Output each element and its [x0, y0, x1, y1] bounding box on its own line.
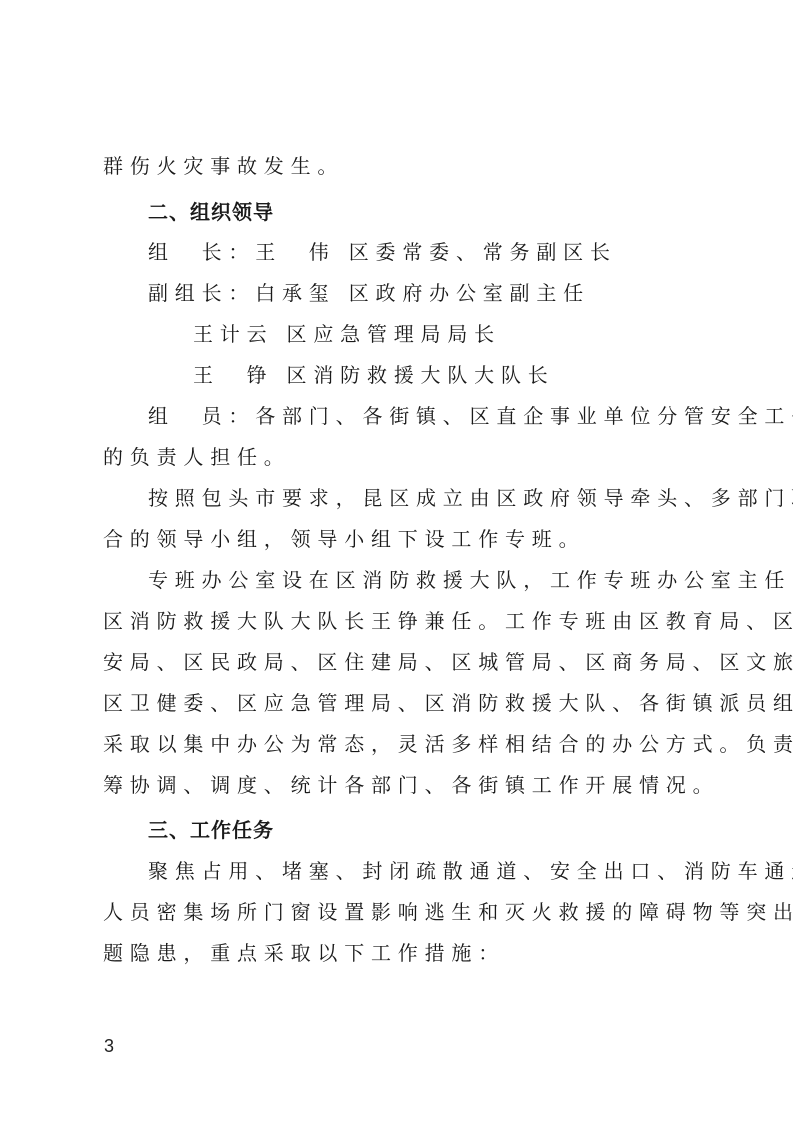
paragraph-line: 安局、区民政局、区住建局、区城管局、区商务局、区文旅局、: [103, 650, 793, 674]
section-heading-organization: 二、组织领导: [148, 200, 274, 224]
page-number: 3: [104, 1036, 114, 1057]
deputy-leader-line: 王计云 区应急管理局局长: [193, 322, 501, 346]
paragraph-line: 按照包头市要求，昆区成立由区政府领导牵头、多部门联: [148, 486, 793, 510]
deputy-leader-line: 王 铮 区消防救援大队大队长: [193, 363, 555, 387]
paragraph-line: 的负责人担任。: [103, 445, 291, 469]
paragraph-line: 采取以集中办公为常态，灵活多样相结合的办公方式。负责统: [103, 732, 793, 756]
paragraph-line: 聚焦占用、堵塞、封闭疏散通道、安全出口、消防车通道: [148, 859, 793, 883]
paragraph-line: 题隐患，重点采取以下工作措施：: [103, 941, 505, 965]
deputy-leader-line: 副组长：白承玺 区政府办公室副主任: [148, 281, 590, 305]
paragraph-line: 合的领导小组，领导小组下设工作专班。: [103, 527, 585, 551]
paragraph-line: 区卫健委、区应急管理局、区消防救援大队、各街镇派员组成，: [103, 691, 793, 715]
document-page: 群伤火灾事故发生。 二、组织领导 组 长：王 伟 区委常委、常务副区长 副组长：…: [0, 0, 793, 1122]
paragraph-line: 群伤火灾事故发生。: [103, 154, 344, 178]
paragraph-line: 专班办公室设在区消防救援大队，工作专班办公室主任由: [148, 568, 793, 592]
paragraph-line: 人员密集场所门窗设置影响逃生和灭火救援的障碍物等突出问: [103, 900, 793, 924]
leader-line: 组 长：王 伟 区委常委、常务副区长: [148, 240, 617, 264]
paragraph-line: 筹协调、调度、统计各部门、各街镇工作开展情况。: [103, 773, 719, 797]
section-heading-tasks: 三、工作任务: [148, 818, 274, 842]
paragraph-line: 区消防救援大队大队长王铮兼任。工作专班由区教育局、区公: [103, 609, 793, 633]
members-line: 组 员：各部门、各街镇、区直企事业单位分管安全工作: [148, 404, 793, 428]
